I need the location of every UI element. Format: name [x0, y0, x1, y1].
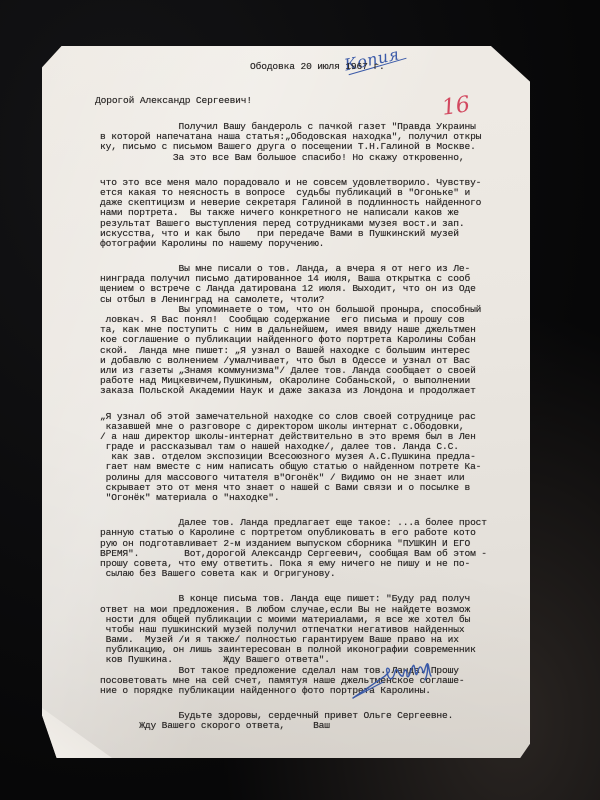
- letter-line: В конце письма тов. Ланда еще пишет: "Бу…: [100, 594, 487, 604]
- letter-line: "Огонёк" материала о "находке".: [100, 493, 487, 503]
- letter-line: сылаю без Вашего совета как и Огригунову…: [100, 569, 487, 579]
- letter-line: [100, 163, 487, 178]
- letter-line: Жду Вашего скорого ответа, Ваш: [100, 721, 487, 731]
- letter-line: заказа Польской Академии Наук и даже зак…: [100, 386, 487, 396]
- letter-line: фотографии Каролины по нашему поручению.: [100, 239, 487, 249]
- letter-line: [100, 503, 487, 518]
- handwritten-page-number: 16: [440, 92, 471, 121]
- letter-body: Получил Вашу бандероль с пачкой газет "П…: [100, 122, 487, 732]
- signature-icon: [345, 652, 455, 702]
- letter-line: За это все Вам большое спасибо! Но скажу…: [100, 153, 487, 163]
- letter-line: [100, 397, 487, 412]
- letter-greeting: Дорогой Александр Сергеевич!: [95, 96, 252, 106]
- letter-line: [100, 579, 487, 594]
- letter-line: нами портрета. Вы также ничего конкретно…: [100, 208, 487, 218]
- letter-line: [100, 249, 487, 264]
- letter-date: Ободовка 20 июля 1967 г.: [250, 62, 385, 72]
- photo-scene: Копия 16 Ободовка 20 июля 1967 г. Дорого…: [0, 0, 600, 800]
